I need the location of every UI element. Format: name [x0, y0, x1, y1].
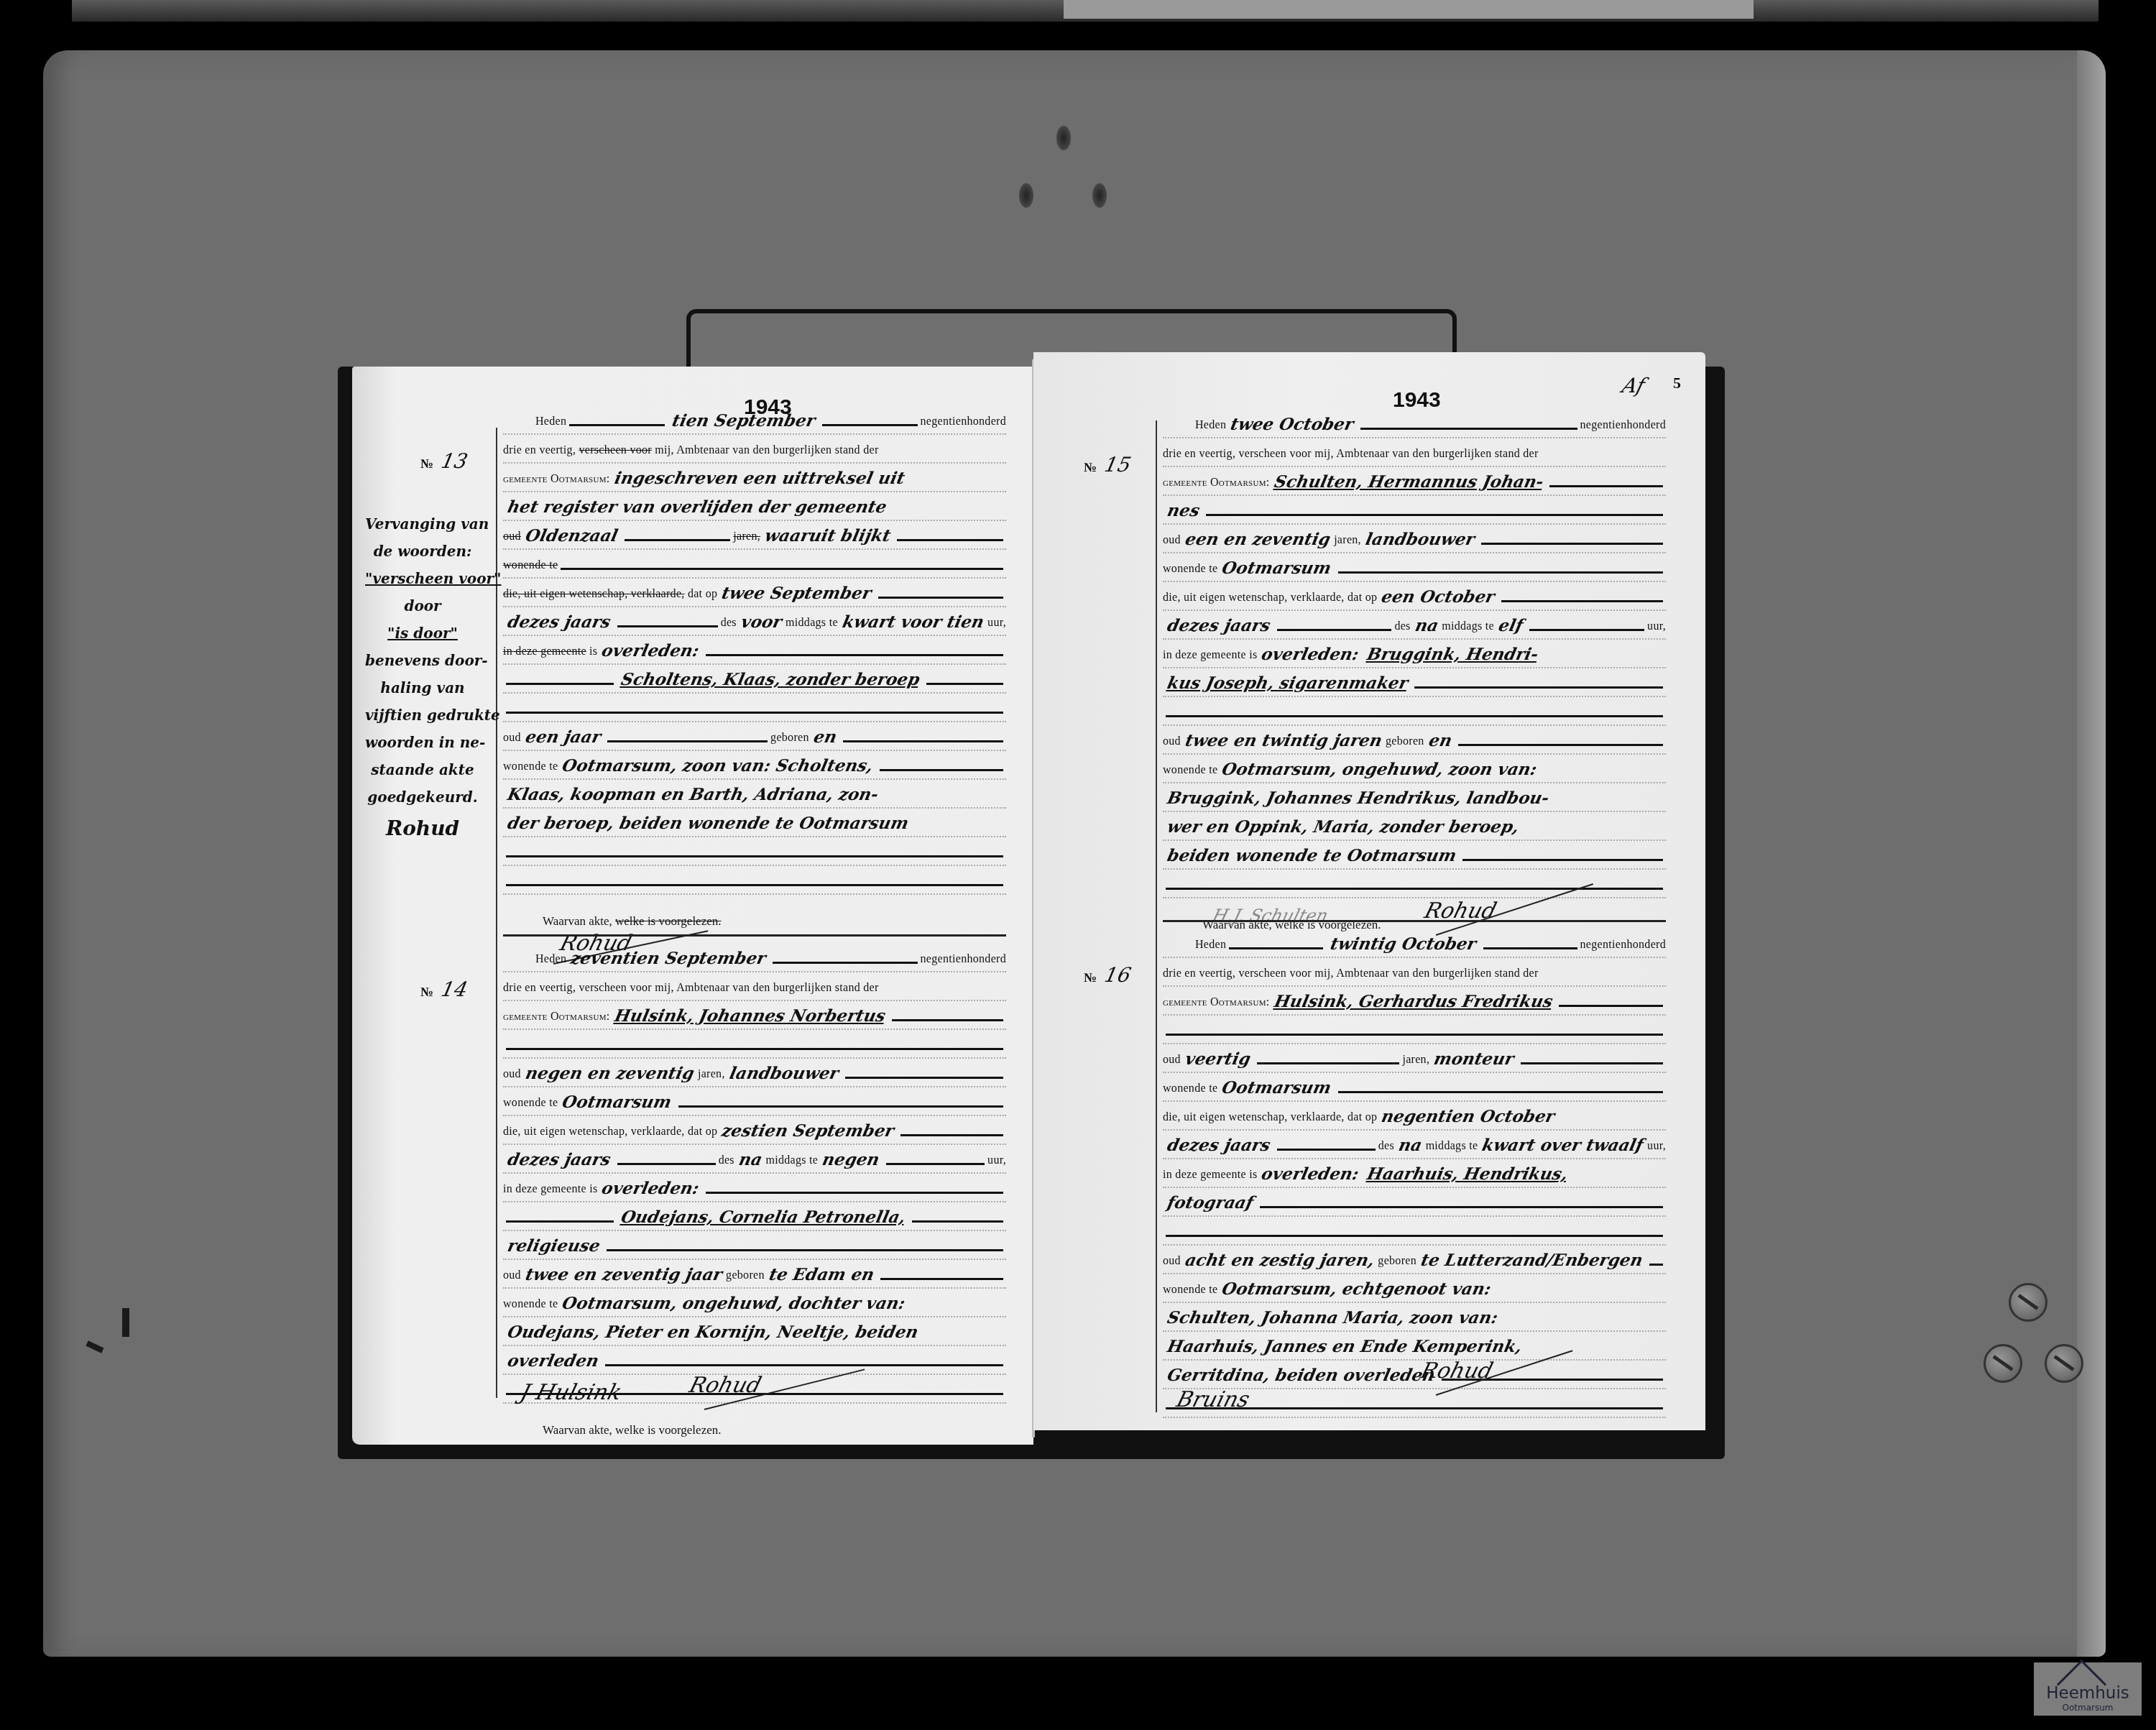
death-record-15: Hedentwee Octobernegentienhonderd drie e…: [1163, 410, 1666, 931]
screw-icon: [2045, 1344, 2083, 1383]
page-initial: Af: [1620, 374, 1648, 397]
margin-note-line: Vervanging van: [365, 510, 480, 538]
margin-note-line: goedgekeurd.: [365, 783, 480, 811]
margin-note-line: vijftien gedrukte: [365, 701, 480, 729]
death-record-16: Hedentwintig Octobernegentienhonderd dri…: [1163, 920, 1666, 1450]
margin-note-line: door: [365, 592, 480, 620]
pin-mark: [86, 1340, 103, 1353]
watermark-sub: Ootmarsum: [2034, 1703, 2142, 1713]
margin-note-line: de woorden:: [365, 538, 480, 565]
margin-note-line: haling van: [365, 674, 480, 701]
entry-number: № 16: [1084, 963, 1134, 991]
margin-note-line: benevens door-: [365, 647, 480, 674]
open-register-book: 1943 Vervanging vande woorden:"verscheen…: [338, 352, 1725, 1459]
screw-icon: [2009, 1283, 2047, 1322]
watermark-name: Heemhuis: [2034, 1684, 2142, 1703]
margin-note-line: staande akte: [365, 756, 480, 783]
left-page: 1943 Vervanging vande woorden:"verscheen…: [352, 367, 1033, 1445]
right-page: 1943 Af 5 № 15 Hedentwee Octobernegentie…: [1033, 352, 1705, 1430]
film-top-strip: [72, 0, 2099, 22]
entry-number: № 14: [420, 977, 471, 1006]
margin-note-line: woorden in ne-: [365, 729, 480, 756]
page-year: 1943: [1393, 388, 1441, 413]
death-record-14: Hedenzeventien Septembernegentienhonderd…: [503, 934, 1006, 1436]
margin-note-signature: Rohud: [365, 815, 480, 842]
page-number: 5: [1673, 374, 1681, 392]
margin-note: Vervanging vande woorden:"verscheen voor…: [365, 510, 480, 842]
signature-declarant: J Hulsink: [517, 1380, 625, 1405]
screw-icon: [1984, 1344, 2022, 1383]
hole-mark: [1019, 183, 1033, 208]
margin-rule: [1156, 420, 1157, 1412]
pin-mark: [122, 1308, 129, 1337]
entry-number: № 13: [420, 449, 471, 477]
hole-mark: [1056, 126, 1071, 150]
death-record-13: Hedentien Septembernegentienhonderd drie…: [503, 406, 1006, 927]
heemhuis-watermark-logo: Heemhuis Ootmarsum: [2034, 1662, 2142, 1716]
signature-declarant: Bruins: [1174, 1387, 1252, 1412]
margin-note-line: "verscheen voor": [365, 565, 480, 592]
hole-mark: [1092, 183, 1107, 208]
margin-note-line: "is door": [365, 620, 480, 647]
signature-registrar: Rohud: [686, 1373, 764, 1398]
entry-number: № 15: [1084, 453, 1134, 481]
